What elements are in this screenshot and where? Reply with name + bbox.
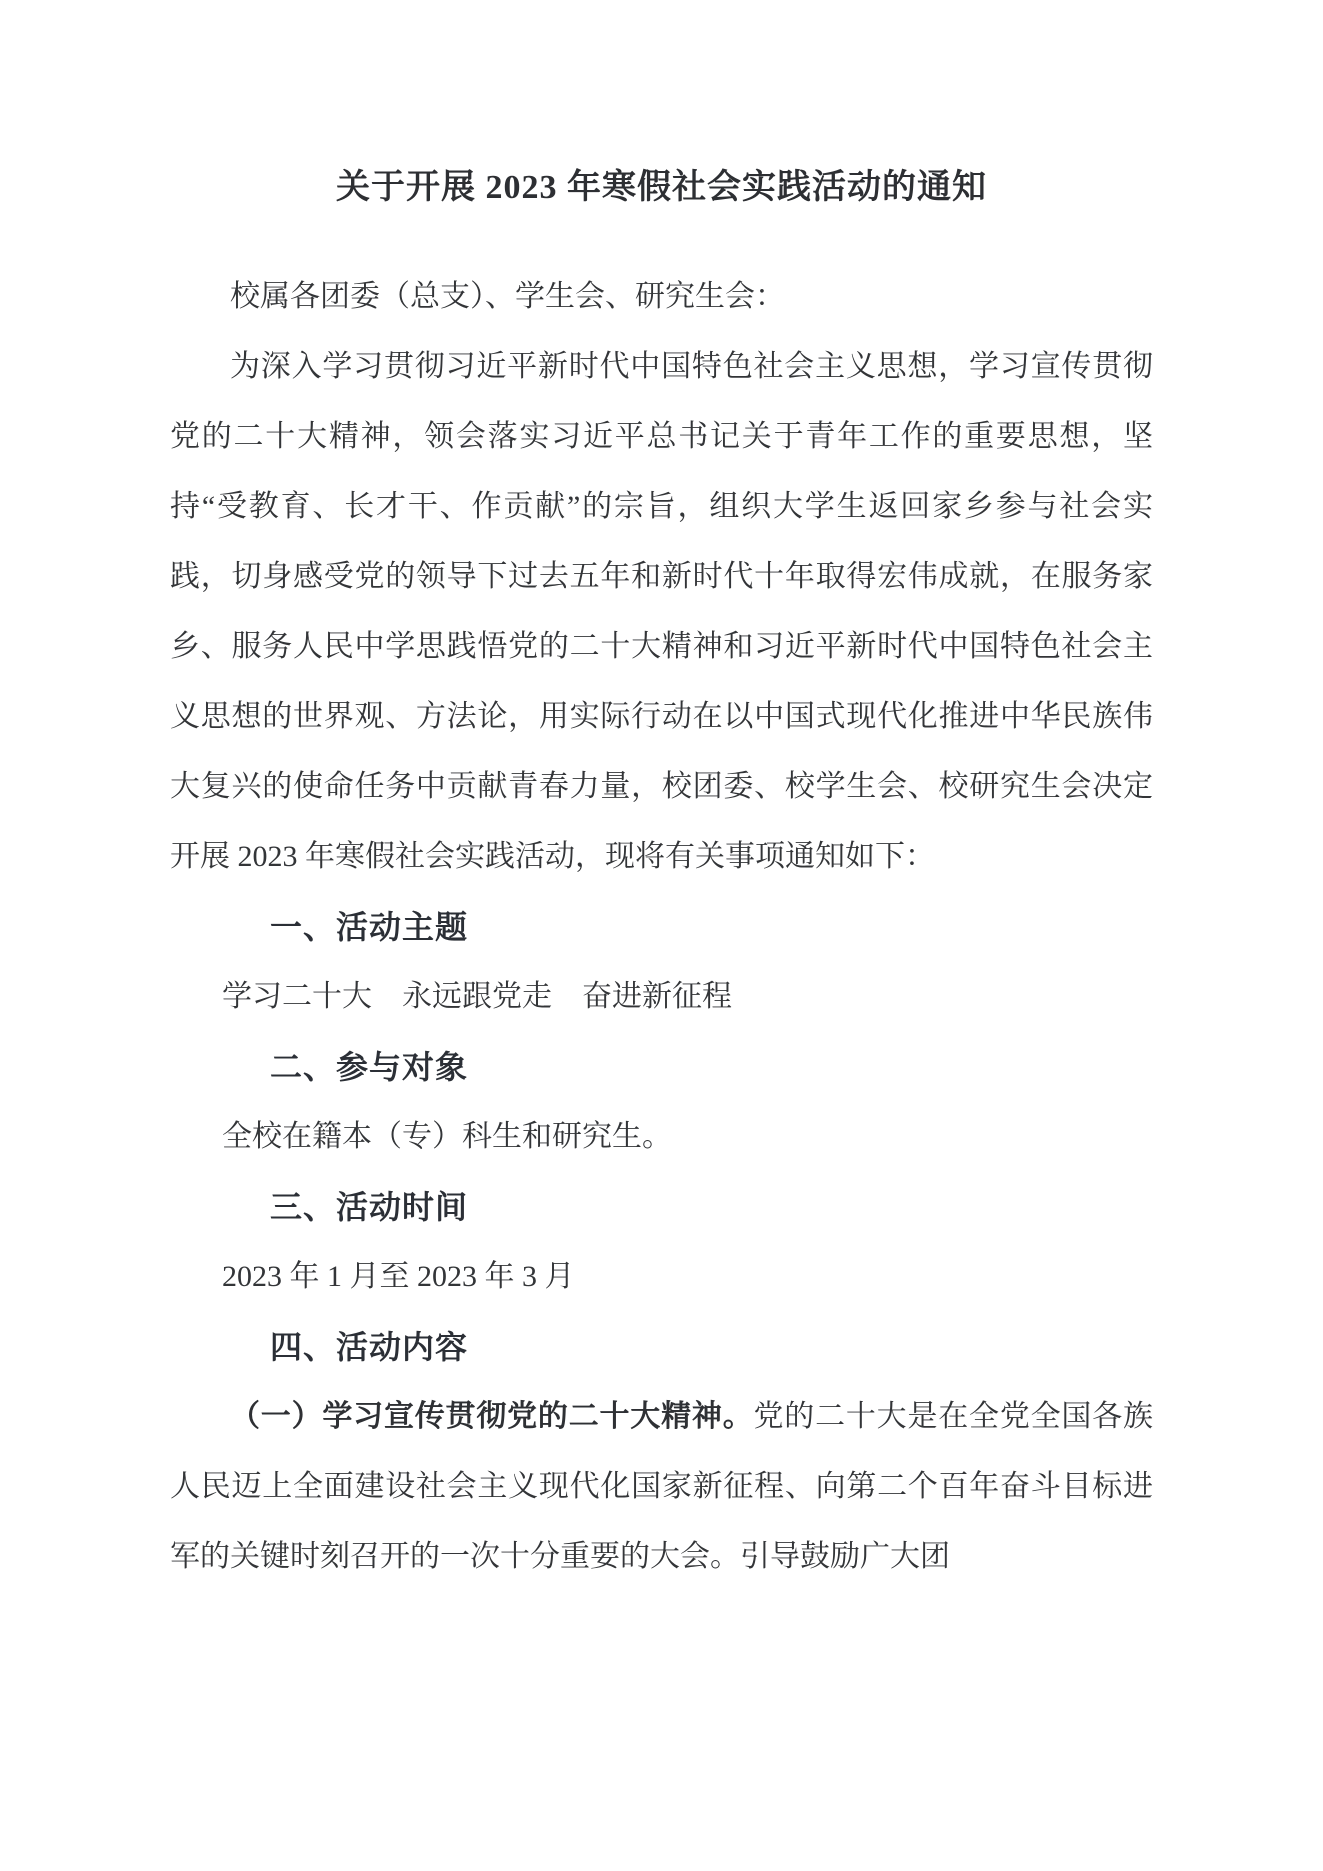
salutation-line: 校属各团委（总支）、学生会、研究生会： [170,262,1153,332]
document-page: 关于开展 2023 年寒假社会实践活动的通知 校属各团委（总支）、学生会、研究生… [0,0,1323,1871]
document-content: 关于开展 2023 年寒假社会实践活动的通知 校属各团委（总支）、学生会、研究生… [0,152,1323,1592]
section-heading-2: 二、参与对象 [270,1032,1153,1102]
section-body-theme: 学习二十大 永远跟党走 奋进新征程 [170,962,1153,1032]
document-title: 关于开展 2023 年寒假社会实践活动的通知 [170,152,1153,224]
section-heading-3: 三、活动时间 [270,1172,1153,1242]
intro-paragraph: 为深入学习贯彻习近平新时代中国特色社会主义思想，学习宣传贯彻党的二十大精神，领会… [170,332,1153,892]
document-body: 校属各团委（总支）、学生会、研究生会： 为深入学习贯彻习近平新时代中国特色社会主… [170,262,1153,1592]
section-body-time: 2023 年 1 月至 2023 年 3 月 [170,1242,1153,1312]
section-heading-4: 四、活动内容 [270,1312,1153,1382]
section-heading-1: 一、活动主题 [270,892,1153,962]
section-body-content-item: （一）学习宣传贯彻党的二十大精神。党的二十大是在全党全国各族人民迈上全面建设社会… [170,1382,1153,1592]
content-item-lead: （一）学习宣传贯彻党的二十大精神。 [230,1400,753,1433]
section-body-participants: 全校在籍本（专）科生和研究生。 [170,1102,1153,1172]
